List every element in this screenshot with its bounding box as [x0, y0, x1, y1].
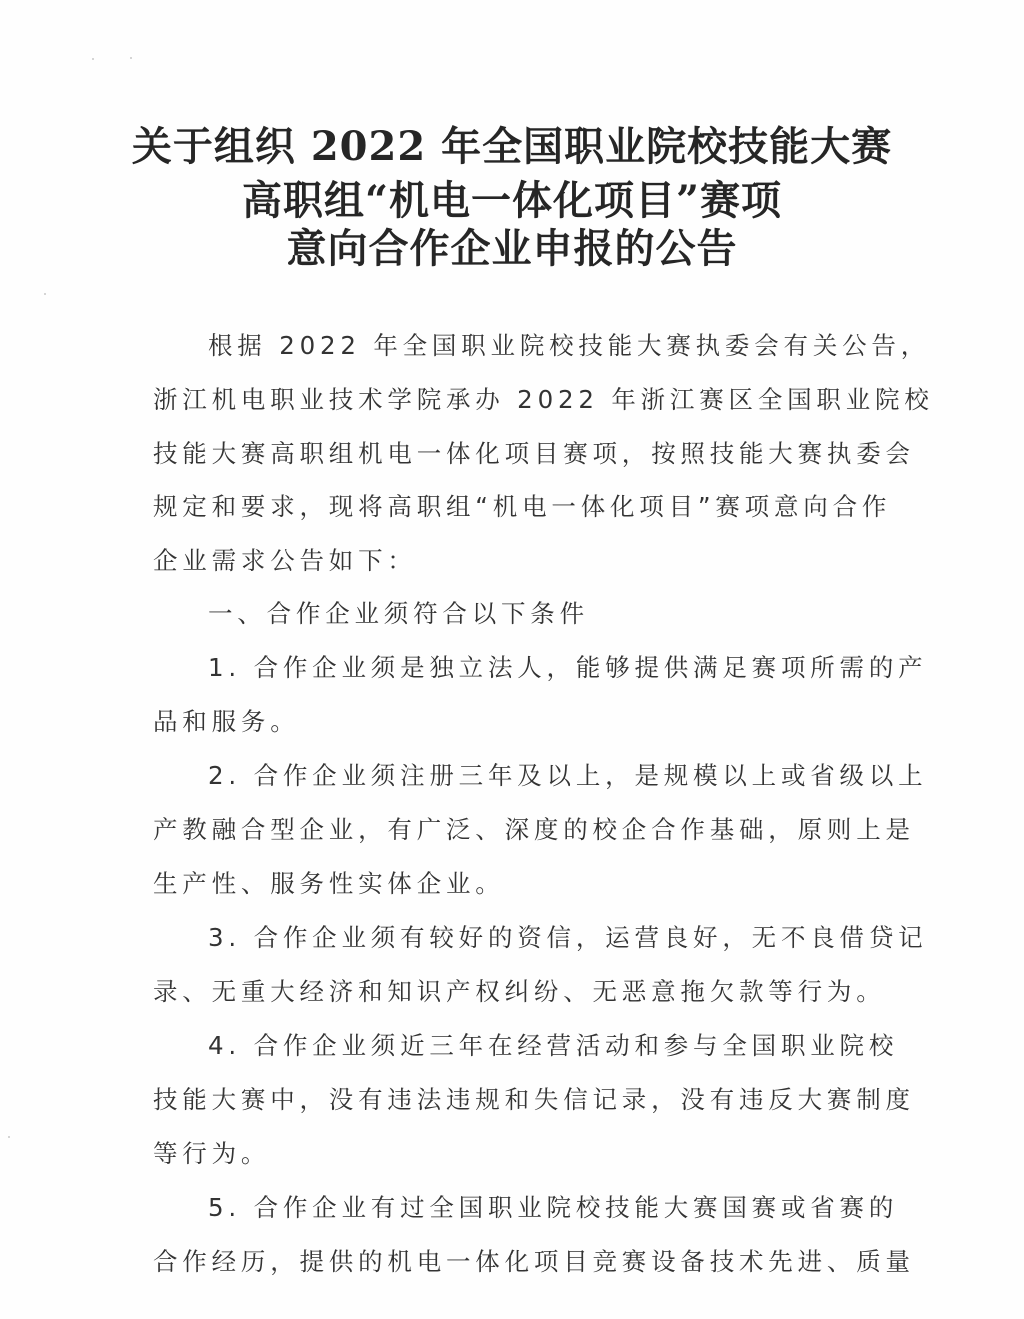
condition-item-2: 生产性、服务性实体企业。	[153, 868, 505, 900]
paragraph-intro: 根据 2022 年全国职业院校技能大赛执委会有关公告，	[208, 330, 930, 362]
document-page: 关于组织 2022 年全国职业院校技能大赛 高职组“机电一体化项目”赛项 意向合…	[0, 0, 1024, 1319]
paragraph-intro: 浙江机电职业技术学院承办 2022 年浙江赛区全国职业院校	[153, 384, 934, 416]
paragraph-intro: 企业需求公告如下：	[153, 545, 417, 577]
condition-item-5: 5. 合作企业有过全国职业院校技能大赛国赛或省赛的	[208, 1192, 898, 1224]
condition-item-3: 3. 合作企业须有较好的资信，运营良好，无不良借贷记	[208, 922, 927, 954]
condition-item-5: 合作经历，提供的机电一体化项目竞赛设备技术先进、质量	[153, 1246, 915, 1278]
scan-speck	[92, 58, 94, 60]
condition-item-2: 2. 合作企业须注册三年及以上，是规模以上或省级以上	[208, 760, 927, 792]
title-line: 关于组织 2022 年全国职业院校技能大赛	[0, 120, 1024, 174]
scan-speck	[8, 1136, 10, 1138]
scan-speck	[130, 57, 132, 59]
condition-item-2: 产教融合型企业，有广泛、深度的校企合作基础，原则上是	[153, 814, 915, 846]
paragraph-intro: 规定和要求，现将高职组“机电一体化项目”赛项意向合作	[153, 491, 891, 523]
condition-item-3: 录、无重大经济和知识产权纠纷、无恶意拖欠款等行为。	[153, 976, 886, 1008]
title-line: 高职组“机电一体化项目”赛项	[0, 174, 1024, 228]
condition-item-1: 1. 合作企业须是独立法人，能够提供满足赛项所需的产	[208, 652, 927, 684]
paragraph-intro: 技能大赛高职组机电一体化项目赛项，按照技能大赛执委会	[153, 438, 915, 470]
condition-item-4: 4. 合作企业须近三年在经营活动和参与全国职业院校	[208, 1030, 898, 1062]
scan-speck	[44, 293, 46, 295]
section-heading: 一、合作企业须符合以下条件	[208, 598, 589, 630]
condition-item-4: 等行为。	[153, 1138, 270, 1170]
condition-item-4: 技能大赛中，没有违法违规和失信记录，没有违反大赛制度	[153, 1084, 915, 1116]
condition-item-1: 品和服务。	[153, 706, 300, 738]
scan-speck	[887, 660, 889, 662]
title-line: 意向合作企业申报的公告	[0, 222, 1024, 276]
